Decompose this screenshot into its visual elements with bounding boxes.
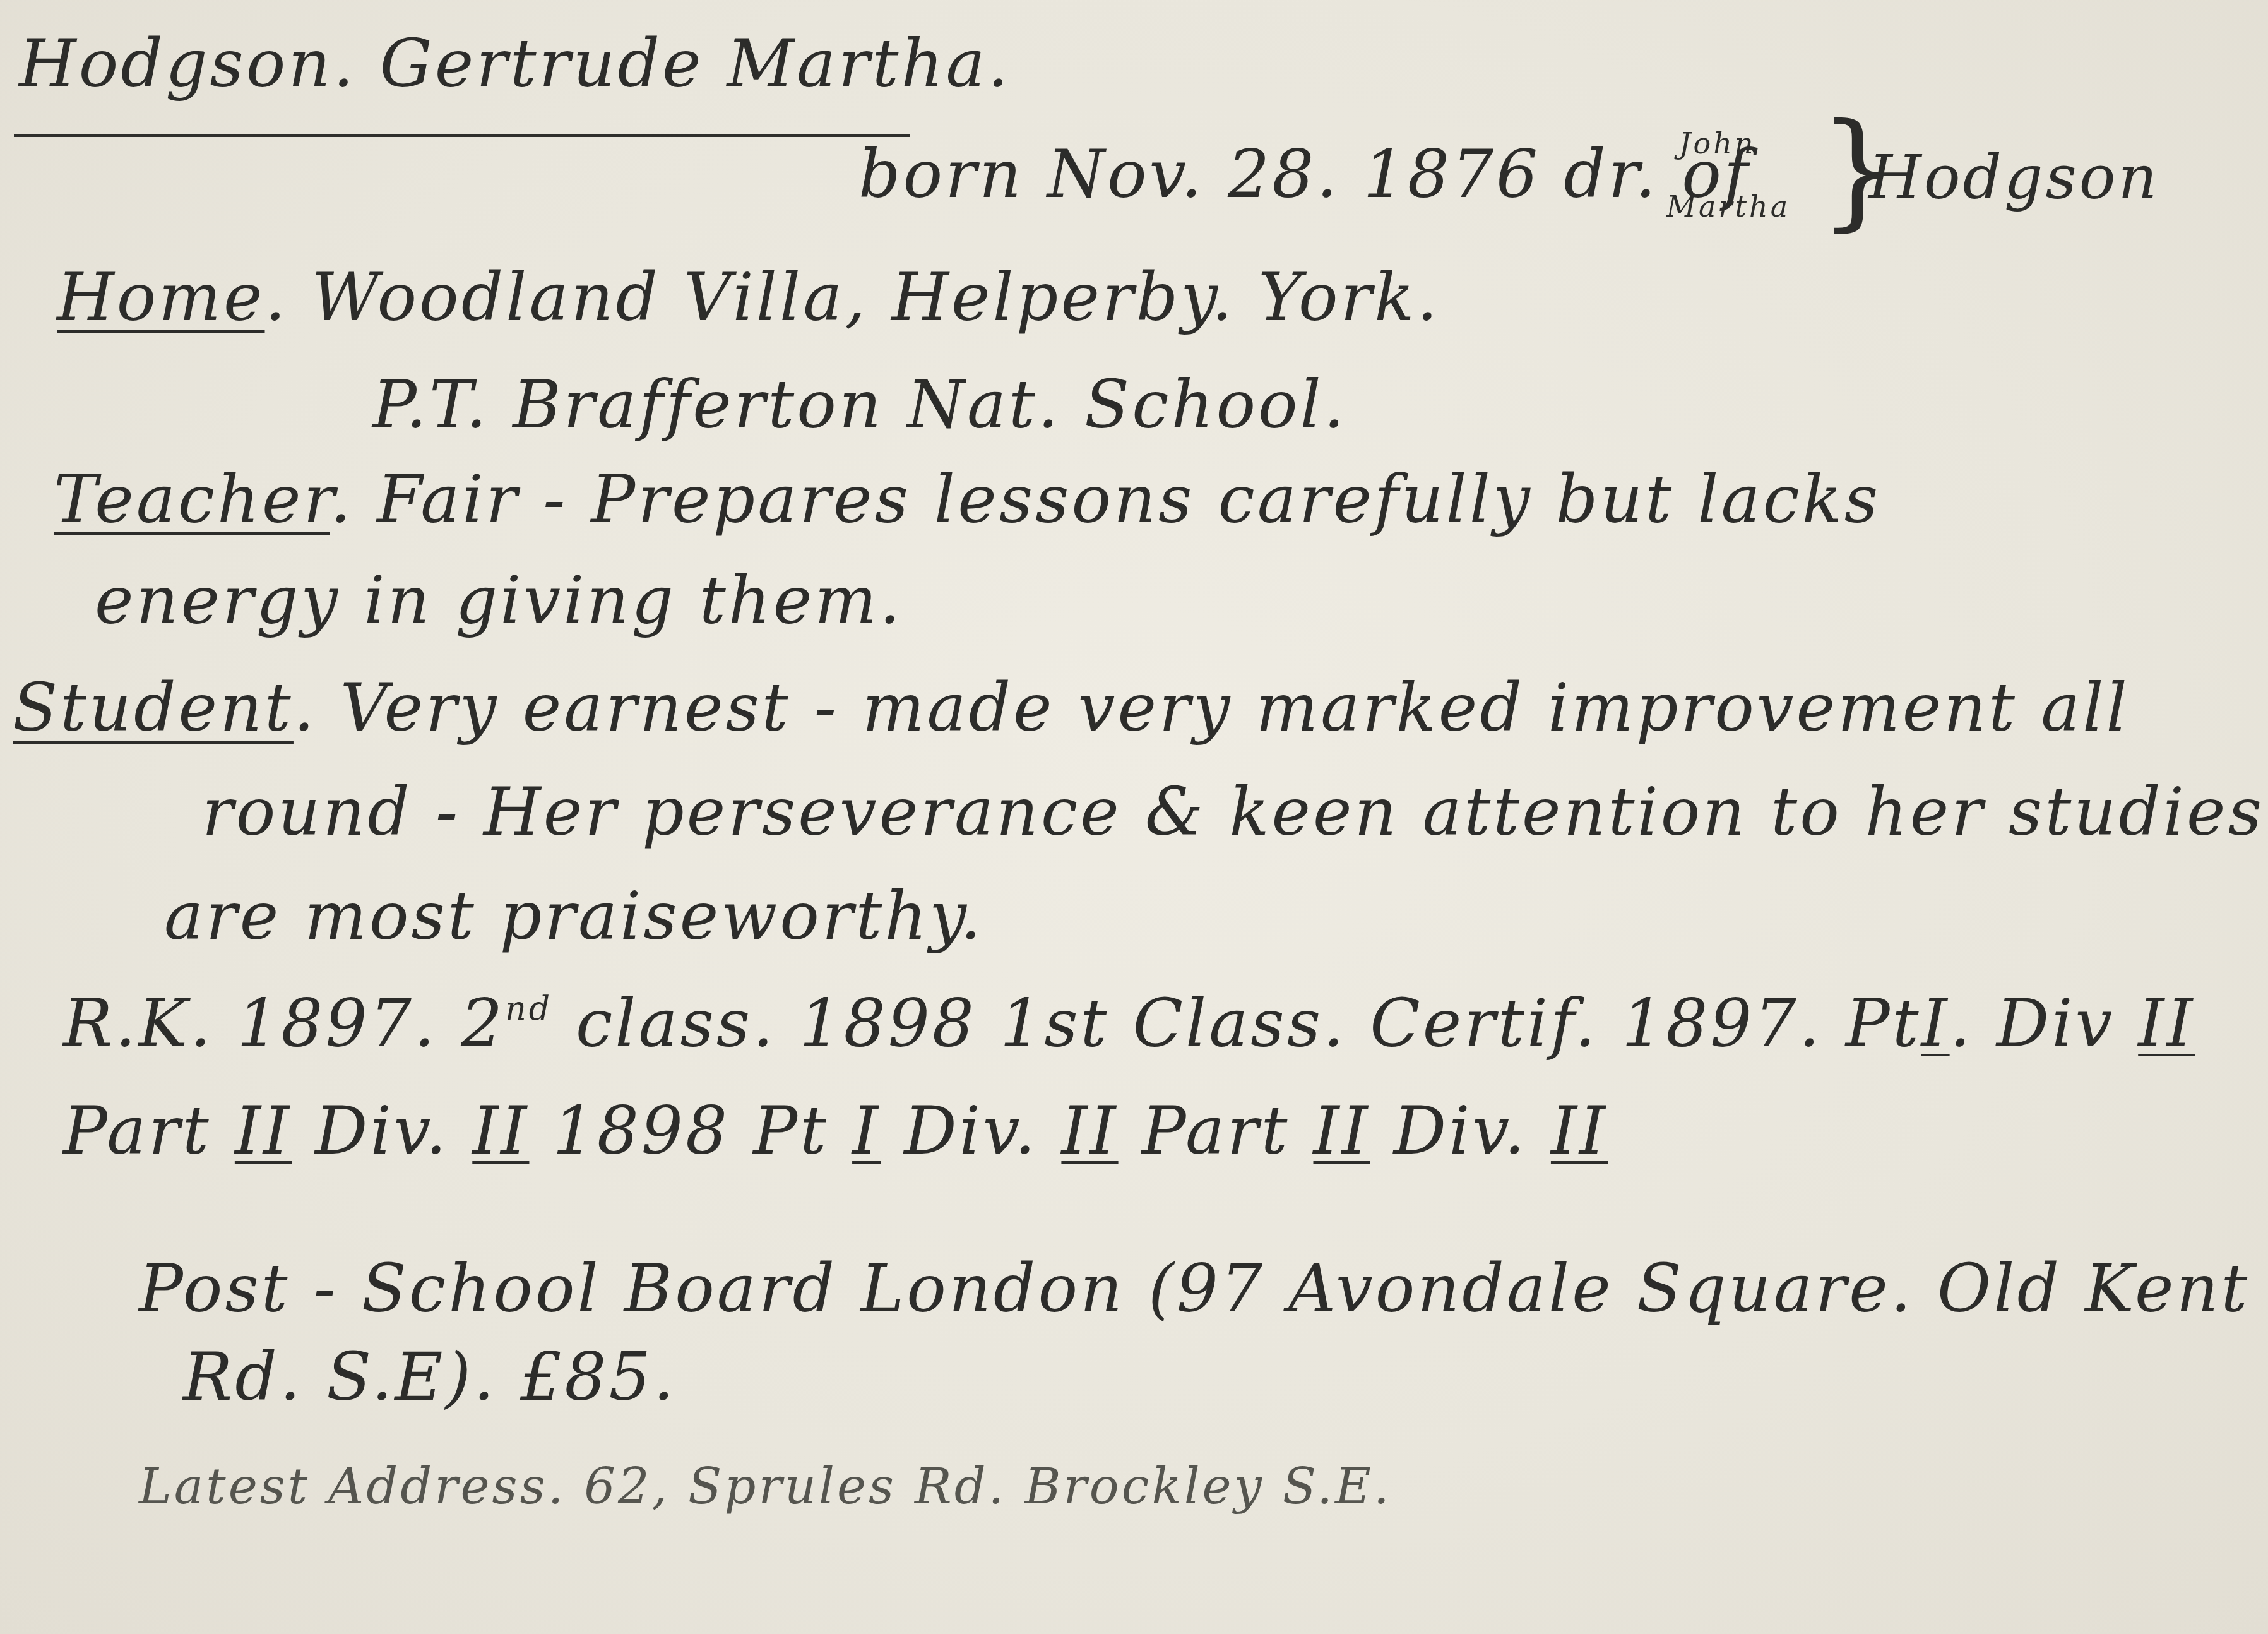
student-assessment: . Very earnest - made very marked improv… [294, 669, 2130, 746]
exam-seg: I [852, 1092, 881, 1169]
exam-certificate: class. 1898 1st Class. Certif. 1897. Pt [552, 985, 1921, 1062]
latest-address: Latest Address. 62, Sprules Rd. Brockley… [139, 1458, 1392, 1515]
home-line-2: P.T. Brafferton Nat. School. [372, 366, 1347, 443]
post-line-2: Rd. S.E). £85. [183, 1339, 677, 1416]
post-line-1: Post - School Board London (97 Avondale … [139, 1250, 2250, 1327]
exam-line-2: Part II Div. II 1898 Pt I Div. II Part I… [63, 1092, 1608, 1169]
teacher-line-2: energy in giving them. [95, 562, 903, 639]
exam-seg: Div. [292, 1092, 472, 1169]
exam-rk: R.K. 1897. 2 [63, 985, 505, 1062]
student-line-1: Student. Very earnest - made very marked… [13, 669, 2130, 746]
student-line-2: round - Her perseverance & keen attentio… [202, 773, 2264, 850]
student-line-3: are most praiseworthy. [164, 878, 983, 955]
teacher-line-1: Teacher. Fair - Prepares lessons careful… [54, 461, 1880, 538]
record-page: Hodgson. Gertrude Martha. born Nov. 28. … [0, 0, 2268, 1634]
exam-seg: II [1061, 1092, 1118, 1169]
exam-superscript: nd [505, 990, 552, 1028]
home-address: . Woodland Villa, Helperby. York. [264, 259, 1440, 336]
exam-seg: Part [1119, 1092, 1314, 1169]
birth-line: born Nov. 28. 1876 dr. of [858, 136, 1750, 213]
teacher-label: Teacher [54, 461, 330, 538]
surname: Hodgson. [19, 25, 356, 102]
birth-details: born Nov. 28. 1876 dr. of [858, 136, 1750, 213]
exam-seg: II [1551, 1092, 1608, 1169]
student-label: Student [13, 669, 294, 746]
exam-seg: II [235, 1092, 292, 1169]
exam-part-numeral: I [1921, 985, 1950, 1062]
home-line-1: Home. Woodland Villa, Helperby. York. [57, 259, 1440, 336]
parent-mother: Martha [1666, 189, 1790, 224]
teacher-assessment: . Fair - Prepares lessons carefully but … [330, 461, 1880, 538]
record-name: Hodgson. Gertrude Martha. [19, 25, 1011, 102]
parent-father: John [1679, 126, 1755, 160]
parents-surname: Hodgson [1868, 142, 2159, 213]
home-label: Home [57, 259, 264, 336]
exam-seg: Div. [881, 1092, 1061, 1169]
given-names: Gertrude Martha. [380, 25, 1011, 102]
exam-seg: 1898 Pt [529, 1092, 852, 1169]
exam-div-numeral: II [2138, 985, 2195, 1062]
title-underline [14, 134, 910, 137]
exam-seg: Div. [1370, 1092, 1551, 1169]
exam-line-1: R.K. 1897. 2nd class. 1898 1st Class. Ce… [63, 985, 2195, 1062]
exam-seg: Part [63, 1092, 235, 1169]
exam-div: . Div [1950, 985, 2115, 1062]
exam-seg: II [1314, 1092, 1370, 1169]
exam-seg: II [472, 1092, 529, 1169]
